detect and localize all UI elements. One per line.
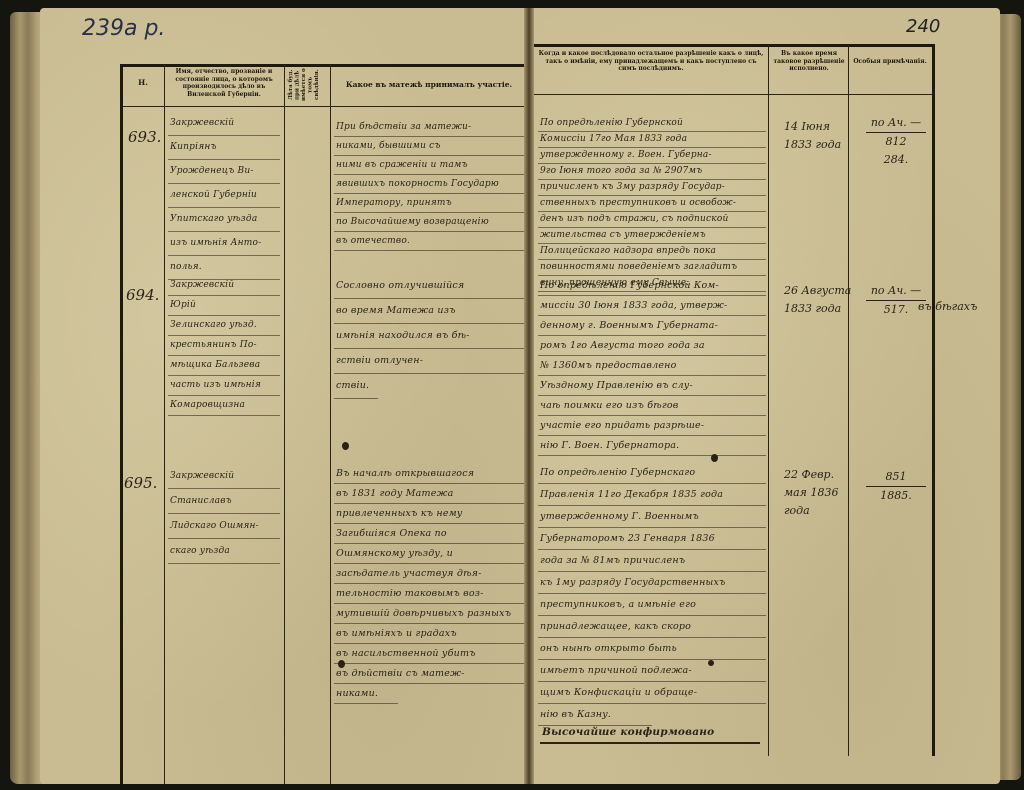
row-694-participation: Сословно отлучившійся во время Матежа из…: [334, 274, 524, 399]
row-694-notes: по Ач. — 517.: [866, 282, 926, 319]
header-executed: Въ какое время таковое разрѣшеніе исполн…: [770, 50, 848, 73]
header-resolution: Когда и какое послѣдовало остальное разр…: [536, 50, 766, 73]
resolution-line: жительства съ утвержденіемъ: [538, 228, 766, 244]
resolution-line: Комиссіи 17го Мая 1833 года: [538, 132, 766, 148]
resolution-line: преступниковъ, а имѣніе его: [538, 594, 766, 616]
participation-line: ними въ сраженіи и тамъ: [334, 156, 524, 175]
row-693-notes: по Ач. — 812 284.: [866, 114, 926, 169]
resolution-line: имѣетъ причиной подлежа-: [538, 660, 766, 682]
book-spine-gutter: [524, 8, 534, 784]
resolution-line: 9го Іюня того года за № 2907мъ: [538, 164, 766, 180]
open-ledger-book: 239a р. 240 Н. Имя, отчество, прозваніе …: [0, 0, 1024, 790]
executed-line: 1833 года: [784, 300, 851, 318]
resolution-line: Губернаторомъ 23 Генваря 1836: [538, 528, 766, 550]
executed-line: года: [784, 502, 838, 520]
person-line: Упитскаго уѣзда: [168, 208, 280, 232]
resolution-line: Уѣздному Правленію въ слу-: [538, 376, 766, 396]
person-line: Закржевскій: [168, 464, 280, 489]
notes-line: 812: [866, 133, 926, 151]
participation-line: имѣнія находился въ бѣ-: [334, 324, 524, 349]
person-line: Закржевскій: [168, 112, 280, 136]
notes-line: 284.: [866, 151, 926, 169]
ink-blot: [342, 442, 349, 450]
resolution-line: чаѣ поимки его изъ бѣгов: [538, 396, 766, 416]
notes-line: 851: [866, 468, 926, 487]
notes-line: 517.: [866, 301, 926, 319]
resolution-line: онъ нынѣ открыто быть: [538, 638, 766, 660]
col-divider-age: [330, 64, 331, 784]
header-bottom-rule-right: [534, 94, 932, 95]
col-divider-number: [164, 64, 165, 784]
executed-line: 14 Іюня: [784, 118, 841, 136]
row-695-participation: Въ началѣ открывшагося въ 1831 году Мате…: [334, 464, 524, 704]
participation-line: При бѣдствіи за матежи-: [334, 118, 524, 137]
person-line: Закржевскій: [168, 276, 280, 296]
participation-line: Въ началѣ открывшагося: [334, 464, 524, 484]
resolution-line: денному г. Военнымъ Губерната-: [538, 316, 766, 336]
person-line: Лидскаго Ошмян-: [168, 514, 280, 539]
resolution-line: причисленъ къ 3му разряду Государ-: [538, 180, 766, 196]
row-694-margin-note: въ бѣгахъ: [918, 298, 977, 316]
participation-line: Загибшіяся Опека по: [334, 524, 524, 544]
row-695-number: 695.: [124, 474, 157, 492]
notes-line: по Ач. —: [866, 114, 926, 133]
participation-line: гствіи отлучен-: [334, 349, 524, 374]
person-line: Кипріянъ: [168, 136, 280, 160]
resolution-line: принадлежащее, какъ скоро: [538, 616, 766, 638]
person-line: Станиславъ: [168, 489, 280, 514]
resolution-line: Полицейскаго надзора впредь пока: [538, 244, 766, 260]
row-694-number: 694.: [126, 286, 159, 304]
person-line: мѣщика Бальзева: [168, 356, 280, 376]
person-line: изъ имѣнія Анто-: [168, 232, 280, 256]
participation-line: тельностію таковымъ воз-: [334, 584, 524, 604]
participation-line: никами.: [334, 684, 398, 704]
col-divider-person: [284, 64, 285, 784]
ink-blot: [711, 454, 718, 462]
notes-line: по Ач. —: [866, 282, 926, 301]
resolution-line: По опредѣленію Губернскаго: [538, 462, 766, 484]
right-folio-number: 240: [906, 16, 940, 37]
header-number: Н.: [122, 78, 164, 87]
executed-line: 26 Августа: [784, 282, 851, 300]
row-695-confirmation: Высочайше конфирмовано: [540, 722, 760, 744]
resolution-line: утвержденному г. Воен. Губерна-: [538, 148, 766, 164]
participation-line: въ насильственной убитъ: [334, 644, 524, 664]
header-participation: Какое въ матежѣ принималъ участіе.: [334, 80, 524, 89]
participation-line: въ 1831 году Матежа: [334, 484, 524, 504]
resolution-line: года за № 81мъ причисленъ: [538, 550, 766, 572]
row-693-executed: 14 Іюня 1833 года: [784, 118, 841, 154]
ink-blot: [708, 660, 714, 666]
person-line: Зелинскаго уѣзд.: [168, 316, 280, 336]
person-line: скаго уѣзда: [168, 539, 280, 564]
row-695-resolution: По опредѣленію Губернскаго Правленія 11г…: [538, 462, 766, 726]
participation-line: во время Матежа изъ: [334, 299, 524, 324]
person-line: часть изъ имѣнія: [168, 376, 280, 396]
resolution-line: № 1360мъ предоставлено: [538, 356, 766, 376]
resolution-line: повинностями поведеніемъ загладитъ: [538, 260, 766, 276]
confirmation-line: Высочайше конфирмовано: [540, 722, 760, 744]
resolution-line: По опредѣленію Губернской Ком-: [538, 276, 766, 296]
participation-line: въ отечество.: [334, 232, 524, 251]
col-divider-executed: [848, 44, 849, 756]
resolution-line: денъ изъ подъ стражи, съ подпиской: [538, 212, 766, 228]
row-694-executed: 26 Августа 1833 года: [784, 282, 851, 318]
row-693-participation: При бѣдствіи за матежи- никами, бывшими …: [334, 118, 524, 251]
header-top-rule-right: [534, 44, 932, 47]
resolution-line: ромъ 1го Августа того года за: [538, 336, 766, 356]
person-line: Урожденецъ Ви-: [168, 160, 280, 184]
participation-line: Ошмянскому уѣзду, и: [334, 544, 524, 564]
resolution-line: По опредѣленію Губернской: [538, 116, 766, 132]
notes-line: 1885.: [866, 487, 926, 505]
row-694-resolution: По опредѣленію Губернской Ком- миссіи 30…: [538, 276, 766, 456]
participation-line: засѣдатель участвуя дѣя-: [334, 564, 524, 584]
executed-line: мая 1836: [784, 484, 838, 502]
resolution-line: Правленія 11го Декабря 1835 года: [538, 484, 766, 506]
participation-line: въ дѣйствіи съ матеж-: [334, 664, 524, 684]
participation-line: никами, бывшими съ: [334, 137, 524, 156]
resolution-line: нію Г. Воен. Губернатора.: [538, 436, 766, 456]
row-693-person: Закржевскій Кипріянъ Урожденецъ Ви- ленс…: [168, 112, 280, 280]
person-line: Комаровщизна: [168, 396, 280, 416]
left-folio-number: 239a р.: [82, 16, 165, 41]
executed-line: 22 Февр.: [784, 466, 838, 484]
participation-line: мутившій довѣрчивыхъ разныхъ: [334, 604, 524, 624]
resolution-line: миссіи 30 Іюня 1833 года, утверж-: [538, 296, 766, 316]
resolution-line: ственныхъ преступниковъ и освобож-: [538, 196, 766, 212]
person-line: крестьянинъ По-: [168, 336, 280, 356]
executed-line: 1833 года: [784, 136, 841, 154]
right-outer-border: [932, 44, 935, 756]
row-694-person: Закржевскій Юрій Зелинскаго уѣзд. кресть…: [168, 276, 280, 416]
participation-line: явившихъ покорность Государю: [334, 175, 524, 194]
participation-line: по Высочайшему возвращенію: [334, 213, 524, 232]
header-notes: Особыя примѣчанія.: [850, 58, 930, 66]
participation-line: Сословно отлучившійся: [334, 274, 524, 299]
row-695-person: Закржевскій Станиславъ Лидскаго Ошмян- с…: [168, 464, 280, 564]
resolution-line: къ 1му разряду Государственныхъ: [538, 572, 766, 594]
col-divider-resolution: [768, 44, 769, 756]
row-693-resolution: По опредѣленію Губернской Комиссіи 17го …: [538, 116, 766, 292]
left-outer-border: [120, 64, 123, 784]
person-line: Юрій: [168, 296, 280, 316]
resolution-line: утвержденному Г. Военнымъ: [538, 506, 766, 528]
row-695-notes: 851 1885.: [866, 468, 926, 505]
participation-line: Императору, принятъ: [334, 194, 524, 213]
resolution-line: щимъ Конфискаціи и обраще-: [538, 682, 766, 704]
person-line: ленской Губерніи: [168, 184, 280, 208]
header-person: Имя, отчество, прозваніе и состояніе лиц…: [166, 68, 282, 98]
participation-line: ствіи.: [334, 374, 378, 399]
ink-blot: [338, 660, 345, 668]
resolution-line: участіе его придать разрѣше-: [538, 416, 766, 436]
header-bottom-rule-left: [120, 106, 524, 107]
participation-line: привлеченныхъ къ нему: [334, 504, 524, 524]
row-693-number: 693.: [128, 128, 161, 146]
participation-line: въ имѣніяхъ и градахъ: [334, 624, 524, 644]
header-age: Лѣта буд. при дѣлѣ имѣется о томъ свѣдѣн…: [288, 66, 328, 104]
row-695-executed: 22 Февр. мая 1836 года: [784, 466, 838, 520]
